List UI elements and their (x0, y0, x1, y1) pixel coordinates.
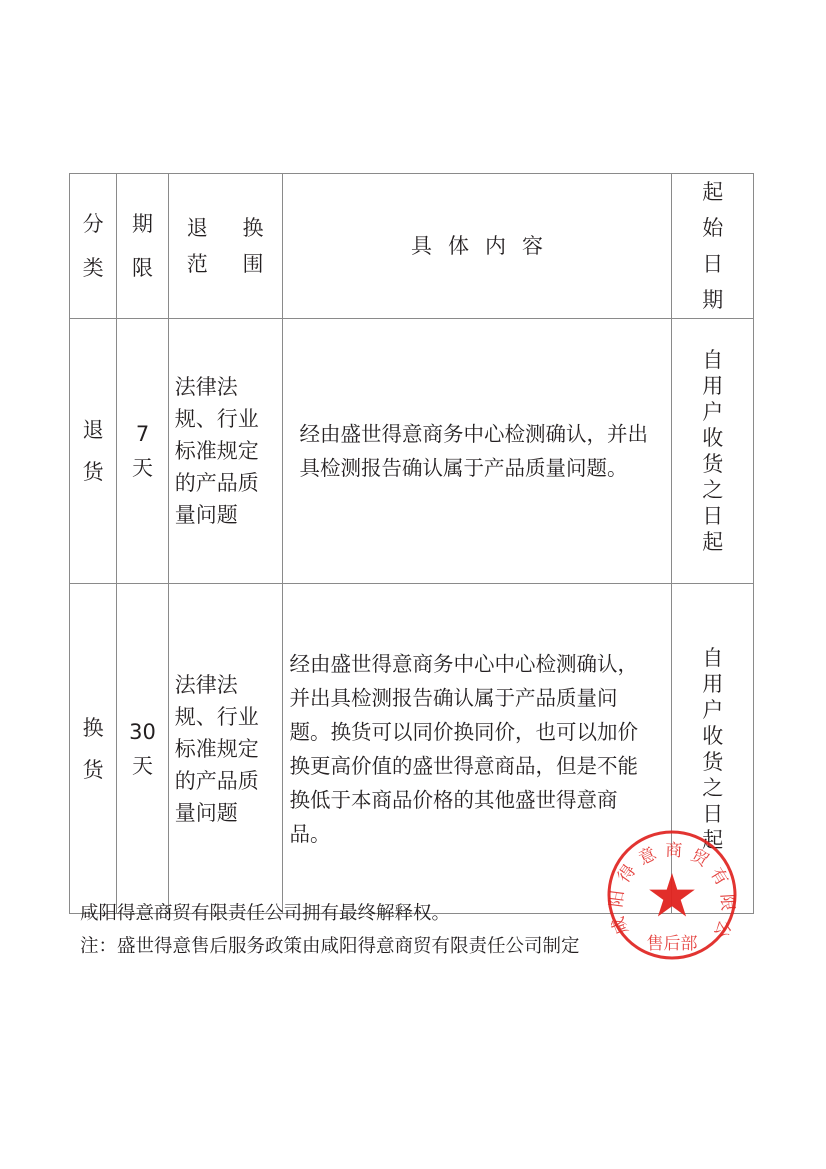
header-period-char: 期 (117, 202, 167, 246)
cell-start-date: 自用户收货之日起 (672, 319, 754, 584)
header-start-date: 起 始 日 期 (672, 174, 754, 319)
header-period: 期 限 (117, 174, 168, 319)
cell-period: 30 天 (117, 584, 168, 914)
kind-char: 货 (70, 749, 116, 791)
table-header-row: 分 类 期 限 退 换 范 围 具体内容 起 始 日 期 (70, 174, 754, 319)
interpretation-right-note: 咸阳得意商贸有限责任公司拥有最终解释权。 (80, 899, 450, 925)
header-period-char: 限 (117, 246, 167, 290)
start-date-text: 自用户收货之日起 (701, 347, 725, 555)
header-kind-char: 类 (70, 246, 116, 290)
kind-char: 退 (70, 409, 116, 451)
company-seal-stamp: 咸阳得意商贸有限公司 售后部 (606, 829, 738, 961)
period-unit: 天 (117, 749, 167, 783)
header-content-label: 具体内容 (395, 234, 559, 258)
scope-text: 法律法规、行业标准规定的产品质量问题 (175, 669, 271, 829)
cell-scope: 法律法规、行业标准规定的产品质量问题 (168, 584, 282, 914)
after-sales-policy-table: 分 类 期 限 退 换 范 围 具体内容 起 始 日 期 退 货 (69, 173, 754, 914)
cell-period: 7 天 (117, 319, 168, 584)
star-icon (649, 873, 695, 917)
table-row-return: 退 货 7 天 法律法规、行业标准规定的产品质量问题 经由盛世得意商务中心检测确… (70, 319, 754, 584)
content-text: 经由盛世得意商务中心中心检测确认，并出具检测报告确认属于产品质量问题。换货可以同… (283, 647, 658, 851)
period-number: 30 (117, 715, 167, 749)
content-text: 经由盛世得意商务中心检测确认，并出具检测报告确认属于产品质量问题。 (283, 417, 655, 485)
scope-text: 法律法规、行业标准规定的产品质量问题 (175, 371, 271, 531)
header-start-line: 日 期 (672, 246, 753, 318)
header-content: 具体内容 (282, 174, 672, 319)
kind-char: 货 (70, 451, 116, 493)
cell-scope: 法律法规、行业标准规定的产品质量问题 (168, 319, 282, 584)
policy-maker-note: 注：盛世得意售后服务政策由咸阳得意商贸有限责任公司制定 (80, 932, 580, 958)
header-scope: 退 换 范 围 (168, 174, 282, 319)
start-date-text: 自用户收货之日起 (701, 645, 725, 853)
cell-kind: 退 货 (70, 319, 117, 584)
cell-content: 经由盛世得意商务中心检测确认，并出具检测报告确认属于产品质量问题。 (282, 319, 672, 584)
header-kind-char: 分 (70, 202, 116, 246)
seal-department-text: 售后部 (647, 934, 698, 954)
cell-kind: 换 货 (70, 584, 117, 914)
header-scope-line: 范 围 (169, 246, 282, 282)
period-unit: 天 (117, 451, 167, 485)
kind-char: 换 (70, 707, 116, 749)
header-start-line: 起 始 (672, 174, 753, 246)
header-kind: 分 类 (70, 174, 117, 319)
header-scope-line: 退 换 (169, 210, 282, 246)
document-page: 分 类 期 限 退 换 范 围 具体内容 起 始 日 期 退 货 (0, 0, 826, 1169)
period-number: 7 (117, 417, 167, 451)
